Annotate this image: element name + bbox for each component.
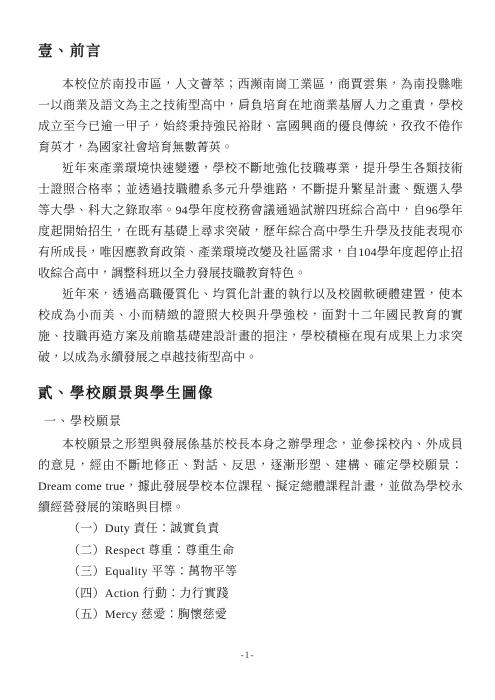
preface-paragraph-2: 近年來產業環境快速變遷，學校不斷地強化技職專業，提升學生各類技術士證照合格率；並… xyxy=(38,158,463,284)
page-number: -1- xyxy=(0,651,495,661)
document-page: 壹、前言 本校位於南投市區，人文薈萃；西瀕南崗工業區，商賈雲集，為南投縣唯一以商… xyxy=(0,0,495,700)
vision-list-item-mercy: （五）Mercy 慈愛：胸懷慈愛 xyxy=(68,604,463,626)
vision-list-item-respect: （二）Respect 尊重：尊重生命 xyxy=(68,540,463,562)
subsection-heading-school-vision: 一、學校願景 xyxy=(44,411,463,432)
preface-paragraph-3: 近年來，透過高職優質化、均質化計畫的執行以及校園軟硬體建置，使本校成為小而美、小… xyxy=(38,284,463,368)
vision-list: （一）Duty 責任：誠實負責 （二）Respect 尊重：尊重生命 （三）Eq… xyxy=(68,518,463,626)
vision-list-item-duty: （一）Duty 責任：誠實負責 xyxy=(68,518,463,540)
preface-paragraph-1: 本校位於南投市區，人文薈萃；西瀕南崗工業區，商賈雲集，為南投縣唯一以商業及語文為… xyxy=(38,74,463,158)
vision-list-item-action: （四）Action 行動：力行實踐 xyxy=(68,583,463,605)
vision-list-item-equality: （三）Equality 平等：萬物平等 xyxy=(68,561,463,583)
section-heading-preface: 壹、前言 xyxy=(38,42,463,62)
section-heading-vision: 貳、學校願景與學生圖像 xyxy=(38,384,463,404)
vision-paragraph: 本校願景之形塑與發展係基於校長本身之辦學理念，並參採校內、外成員的意見，經由不斷… xyxy=(38,434,463,518)
